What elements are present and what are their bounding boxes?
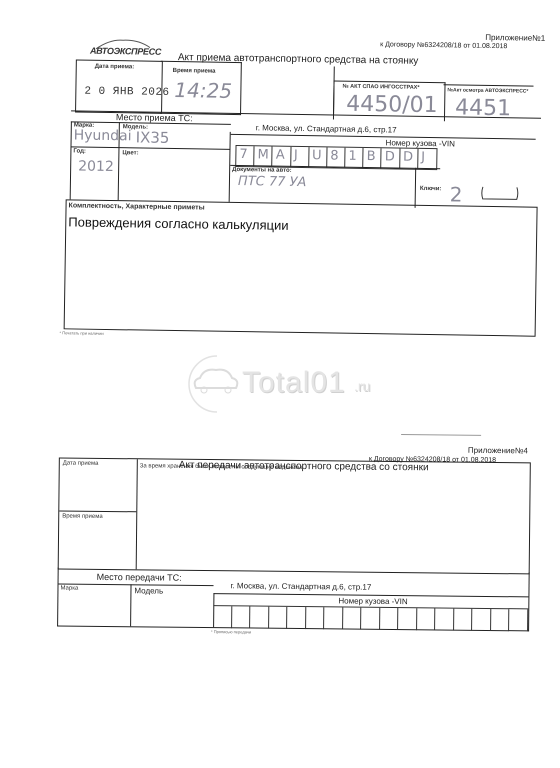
vin-char-cell [287, 607, 306, 629]
vin-char-cell [454, 609, 473, 631]
handover-act-form: Приложение№4 к Договору №6324208/18 от 0… [0, 0, 560, 768]
brand-label: Марка [60, 585, 78, 591]
vin-char-cell [306, 607, 325, 629]
vin-char-cell [250, 606, 269, 628]
time-label: Время приема [62, 514, 103, 520]
place-address: г. Москва, ул. Стандартная д.6, стр.17 [230, 581, 371, 591]
date-label: Дата приема [63, 461, 99, 467]
vin-cells [213, 605, 528, 631]
vin-char-cell [380, 608, 399, 630]
vin-char-cell [343, 607, 362, 629]
place-label: Место передачи ТС: [97, 572, 182, 583]
vin-char-cell [491, 609, 510, 631]
vin-char-cell [213, 606, 232, 628]
vin-char-cell [435, 608, 454, 630]
footnote: * Прописью передачи [211, 629, 251, 634]
vin-char-cell [324, 607, 343, 629]
defects-label: За время хранения были выявлены следующи… [140, 463, 304, 471]
vin-char-cell [510, 609, 529, 631]
vin-char-cell [398, 608, 417, 630]
vin-char-cell [472, 609, 491, 631]
appendix-number: Приложение№4 [468, 446, 528, 456]
vin-char-cell [232, 606, 251, 628]
vin-char-cell [417, 608, 436, 630]
vin-char-cell [269, 607, 288, 629]
handover-top-box: Дата приема Время приема За время хранен… [58, 457, 531, 574]
handover-place-box: Место передачи ТС: г. Москва, ул. Станда… [57, 567, 530, 631]
model-label: Модель [134, 586, 163, 595]
vin-label: Номер кузова -VIN [338, 596, 407, 606]
vin-char-cell [361, 608, 380, 630]
